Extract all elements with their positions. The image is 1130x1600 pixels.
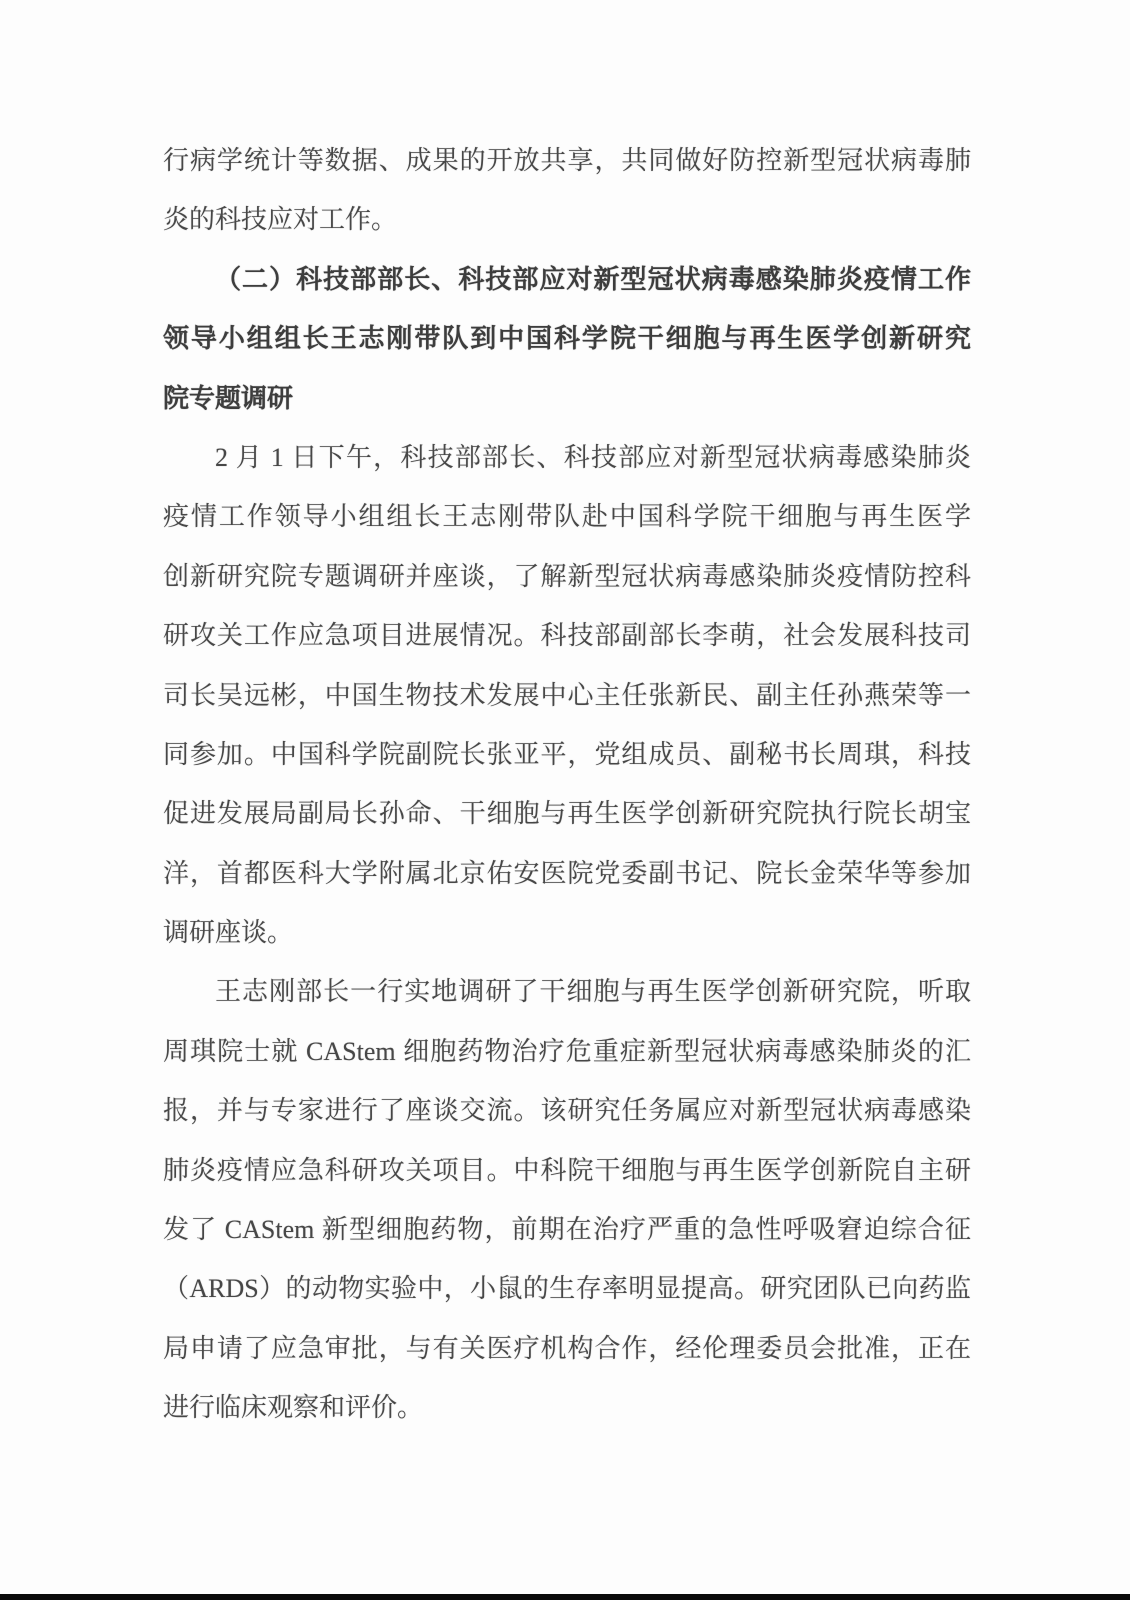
text-line: 发了 CAStem 新型细胞药物，前期在治疗严重的急性呼吸窘迫综合征 bbox=[163, 1200, 971, 1259]
text-line: 疫情工作领导小组组长王志刚带队赴中国科学院干细胞与再生医学 bbox=[163, 487, 971, 546]
document-page: 行病学统计等数据、成果的开放共享，共同做好防控新型冠状病毒肺 炎的科技应对工作。… bbox=[0, 0, 1130, 1600]
section-heading: （二）科技部部长、科技部应对新型冠状病毒感染肺炎疫情工作 领导小组组长王志刚带队… bbox=[163, 250, 971, 428]
research-paragraph: 王志刚部长一行实地调研了干细胞与再生医学创新研究院，听取 周琪院士就 CASte… bbox=[163, 962, 971, 1437]
document-text-block: 行病学统计等数据、成果的开放共享，共同做好防控新型冠状病毒肺 炎的科技应对工作。… bbox=[163, 131, 971, 1438]
text-line: 报，并与专家进行了座谈交流。该研究任务属应对新型冠状病毒感染 bbox=[163, 1081, 971, 1140]
text-line: 周琪院士就 CAStem 细胞药物治疗危重症新型冠状病毒感染肺炎的汇 bbox=[163, 1022, 971, 1081]
text-line: 王志刚部长一行实地调研了干细胞与再生医学创新研究院，听取 bbox=[163, 962, 971, 1021]
text-line: 创新研究院专题调研并座谈，了解新型冠状病毒感染肺炎疫情防控科 bbox=[163, 547, 971, 606]
text-line: 调研座谈。 bbox=[163, 903, 971, 962]
text-line: （ARDS）的动物实验中，小鼠的生存率明显提高。研究团队已向药监 bbox=[163, 1259, 971, 1318]
text-line: 同参加。中国科学院副院长张亚平，党组成员、副秘书长周琪，科技 bbox=[163, 725, 971, 784]
continuation-paragraph: 行病学统计等数据、成果的开放共享，共同做好防控新型冠状病毒肺 炎的科技应对工作。 bbox=[163, 131, 971, 250]
heading-line: （二）科技部部长、科技部应对新型冠状病毒感染肺炎疫情工作 bbox=[163, 250, 971, 309]
visit-paragraph: 2 月 1 日下午，科技部部长、科技部应对新型冠状病毒感染肺炎 疫情工作领导小组… bbox=[163, 428, 971, 963]
text-line: 行病学统计等数据、成果的开放共享，共同做好防控新型冠状病毒肺 bbox=[163, 131, 971, 190]
heading-line: 领导小组组长王志刚带队到中国科学院干细胞与再生医学创新研究 bbox=[163, 309, 971, 368]
text-line: 局申请了应急审批，与有关医疗机构合作，经伦理委员会批准，正在 bbox=[163, 1319, 971, 1378]
text-line: 洋，首都医科大学附属北京佑安医院党委副书记、院长金荣华等参加 bbox=[163, 844, 971, 903]
text-line: 炎的科技应对工作。 bbox=[163, 190, 971, 249]
text-line: 2 月 1 日下午，科技部部长、科技部应对新型冠状病毒感染肺炎 bbox=[163, 428, 971, 487]
bottom-edge-bar bbox=[0, 1594, 1130, 1600]
text-line: 促进发展局副局长孙命、干细胞与再生医学创新研究院执行院长胡宝 bbox=[163, 784, 971, 843]
text-line: 研攻关工作应急项目进展情况。科技部副部长李萌，社会发展科技司 bbox=[163, 606, 971, 665]
text-line: 司长吴远彬，中国生物技术发展中心主任张新民、副主任孙燕荣等一 bbox=[163, 666, 971, 725]
text-line: 肺炎疫情应急科研攻关项目。中科院干细胞与再生医学创新院自主研 bbox=[163, 1141, 971, 1200]
text-line: 进行临床观察和评价。 bbox=[163, 1378, 971, 1437]
heading-line: 院专题调研 bbox=[163, 369, 971, 428]
